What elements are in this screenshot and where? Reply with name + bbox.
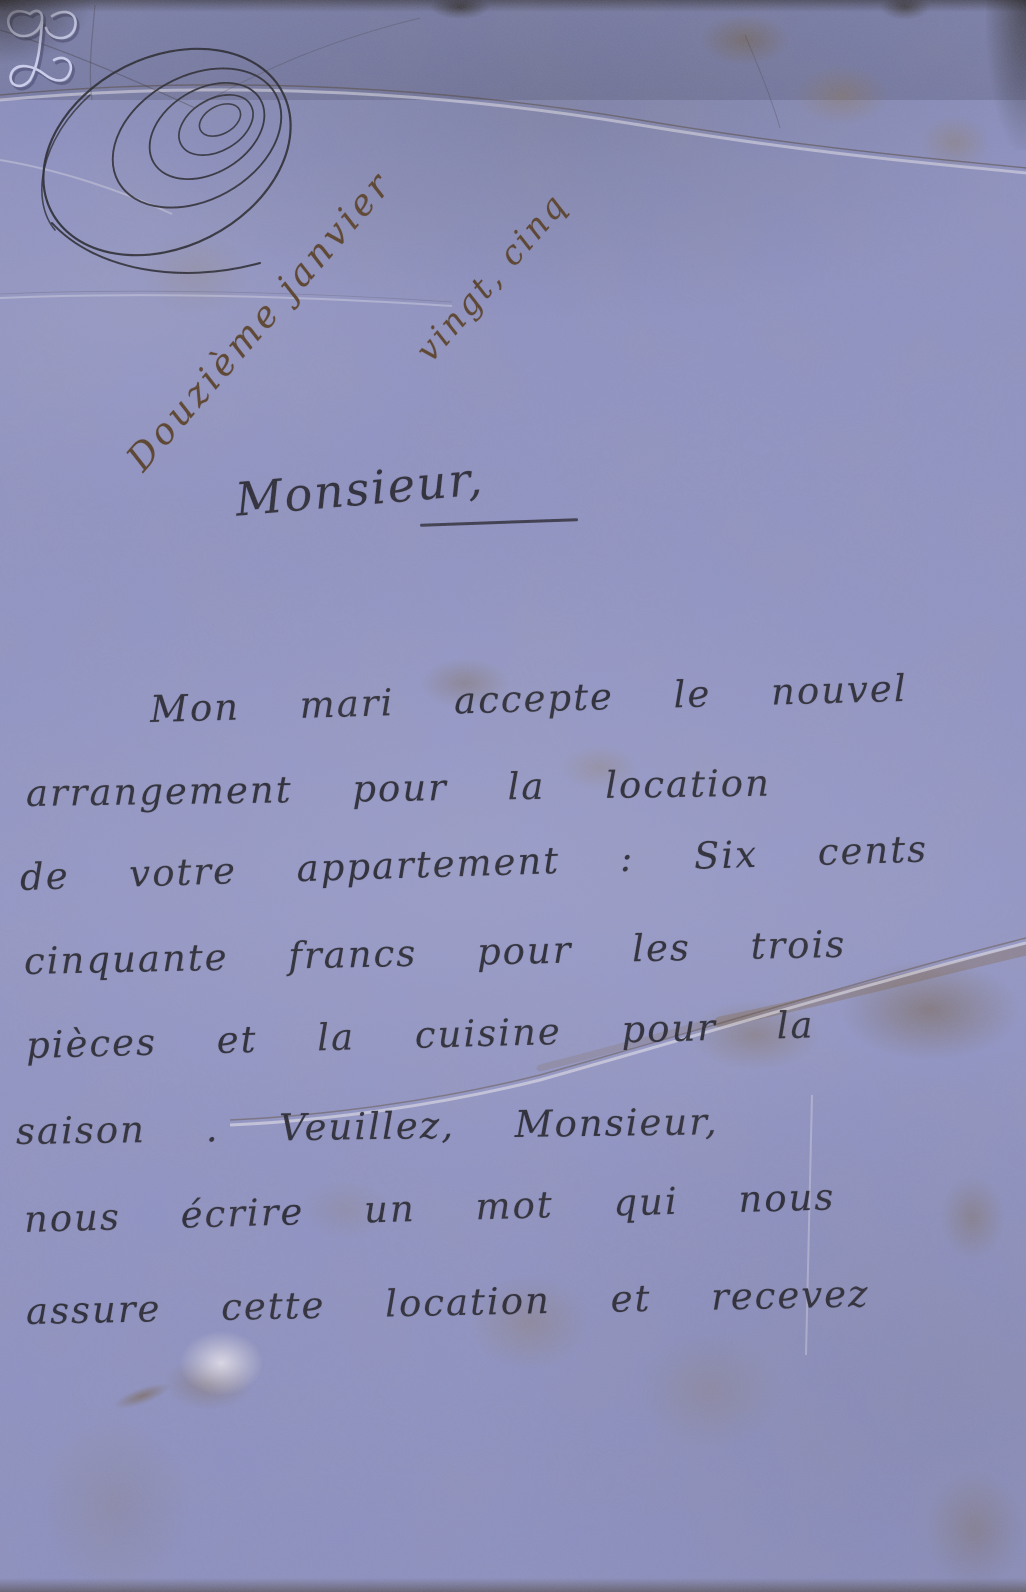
crease-line (0, 85, 1026, 168)
diagonal-annotation-line1: Douzième janvier (119, 163, 401, 479)
stain (920, 115, 990, 170)
stain (925, 1470, 1025, 1590)
stain (640, 1330, 780, 1450)
crease-line (0, 291, 452, 302)
stain (795, 65, 890, 125)
paper-damage-spot (150, 1318, 280, 1418)
handwriting-line: cinquante francs pour les trois (24, 923, 847, 983)
stain (840, 960, 1020, 1060)
paper-damage-streak (111, 1378, 173, 1414)
crease-highlight (0, 90, 1026, 173)
stain (880, 0, 930, 20)
ink-flourish (0, 0, 420, 340)
handwriting-line: arrangement pour la location (26, 762, 771, 815)
crease-line (745, 35, 780, 128)
handwriting-line: nous écrire un mot qui nous (23, 1175, 836, 1241)
handwriting-line: saison . Veuillez, Monsieur, (16, 1100, 719, 1153)
page-edge-shadow-bottom (0, 1578, 1026, 1592)
top-fold-shading (0, 0, 1026, 100)
stain (940, 1175, 1005, 1260)
salutation-dash-stroke (420, 518, 578, 527)
crease-line (90, 5, 95, 100)
handwriting-line: pièces et la cuisine pour la (25, 1003, 815, 1067)
salutation: Monsieur, (233, 451, 486, 527)
crease-highlight (0, 295, 452, 306)
crease-line (0, 30, 195, 108)
embossed-monogram-stamp (0, 0, 84, 92)
letter-page: Douzième janvier vingt, cinq Monsieur, M… (0, 0, 1026, 1592)
handwriting-line: de votre appartement : Six cents (19, 827, 928, 899)
handwriting-line: Mon mari accepte le nouvel (149, 667, 908, 731)
page-edge-shadow-top (0, 0, 1026, 12)
page-edge-shadow-corner-tr (986, 0, 1026, 150)
stain (140, 230, 250, 315)
handwriting-line: assure cette location et recevez (26, 1272, 870, 1333)
crease-highlight (0, 160, 172, 214)
diagonal-annotation-line2: vingt, cinq (408, 185, 575, 369)
page-edge-shadow-corner-tl (0, 0, 95, 65)
crease-line (195, 18, 420, 108)
stain (700, 15, 790, 65)
stain (40, 1420, 190, 1590)
stain (430, 0, 490, 19)
